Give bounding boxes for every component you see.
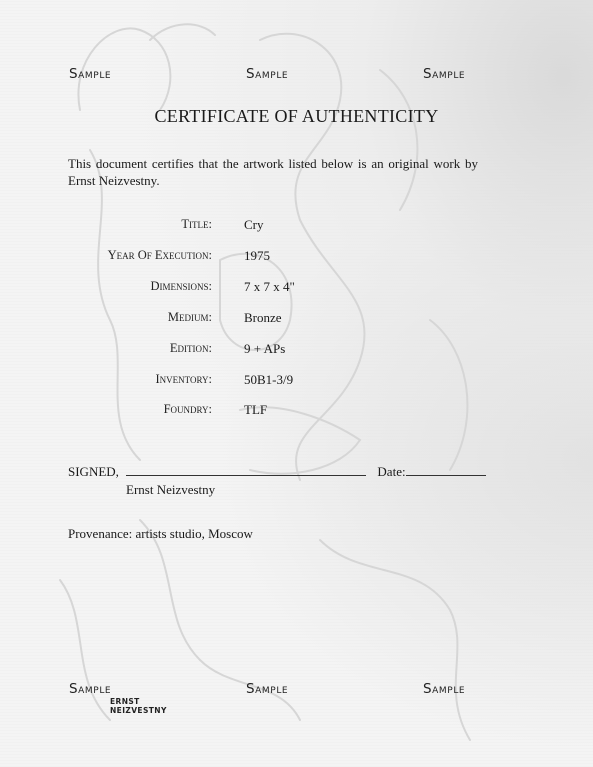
- detail-label: Year Of Execution:: [108, 248, 212, 263]
- brand-line: ERNST: [110, 697, 167, 706]
- detail-label: Dimensions:: [150, 279, 212, 294]
- signature-blank: [126, 465, 366, 476]
- signature-line: SIGNED, Date:: [68, 464, 486, 480]
- artist-brand-logo: ERNST NEIZVESTNY: [110, 697, 167, 715]
- detail-value: 9 + APs: [244, 341, 285, 357]
- detail-value: TLF: [244, 402, 267, 418]
- sample-watermark: Sample: [423, 681, 465, 697]
- detail-row-year: Year Of Execution: 1975: [0, 248, 593, 266]
- sample-watermark: Sample: [423, 66, 465, 82]
- certificate-page: Sample Sample Sample CERTIFICATE OF AUTH…: [0, 0, 593, 767]
- certificate-intro: This document certifies that the artwork…: [68, 155, 478, 189]
- sample-watermark: Sample: [246, 681, 288, 697]
- detail-value: 1975: [244, 248, 270, 264]
- detail-row-dimensions: Dimensions: 7 x 7 x 4": [0, 279, 593, 297]
- detail-value: Cry: [244, 217, 264, 233]
- detail-row-medium: Medium: Bronze: [0, 310, 593, 328]
- date-label: Date:: [377, 464, 405, 479]
- sample-watermark: Sample: [246, 66, 288, 82]
- detail-row-foundry: Foundry: TLF: [0, 402, 593, 420]
- certificate-title: CERTIFICATE OF AUTHENTICITY: [0, 106, 593, 127]
- detail-value: Bronze: [244, 310, 282, 326]
- signer-name: Ernst Neizvestny: [126, 482, 215, 498]
- detail-label: Title:: [181, 217, 212, 232]
- detail-label: Edition:: [170, 341, 212, 356]
- sample-watermark: Sample: [69, 681, 111, 697]
- detail-row-edition: Edition: 9 + APs: [0, 341, 593, 359]
- date-blank: [406, 465, 486, 476]
- detail-row-title: Title: Cry: [0, 217, 593, 235]
- sample-watermark: Sample: [69, 66, 111, 82]
- detail-row-inventory: Inventory: 50B1-3/9: [0, 372, 593, 390]
- detail-label: Inventory:: [156, 372, 212, 387]
- signed-label: SIGNED,: [68, 464, 119, 479]
- provenance: Provenance: artists studio, Moscow: [68, 526, 253, 542]
- detail-value: 7 x 7 x 4": [244, 279, 295, 295]
- detail-label: Foundry:: [164, 402, 212, 417]
- brand-line: NEIZVESTNY: [110, 706, 167, 715]
- detail-label: Medium:: [168, 310, 212, 325]
- detail-value: 50B1-3/9: [244, 372, 293, 388]
